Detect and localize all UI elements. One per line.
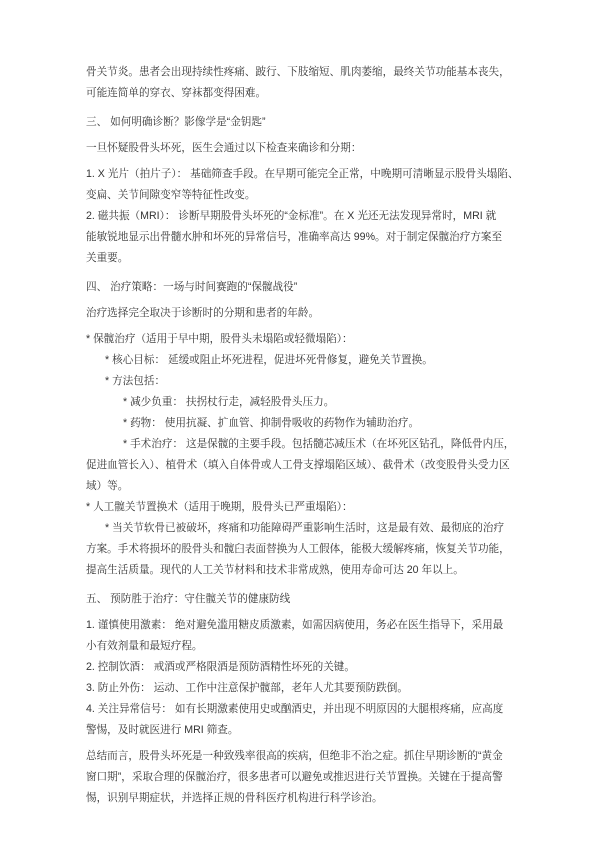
text-line: 2. 磁共振（MRI）： 诊断早期股骨头坏死的“金标准”。在 X 光还无法发现异… bbox=[86, 206, 515, 227]
paragraph: 骨关节炎。患者会出现持续性疼痛、跛行、下肢缩短、肌肉萎缩，最终关节功能基本丧失，… bbox=[86, 62, 515, 104]
text-line: 方案。手术将损坏的股骨头和髋臼表面替换为人工假体，能极大缓解疼痛，恢复关节功能， bbox=[86, 539, 515, 560]
paragraph: * 保髋治疗（适用于早中期，股骨头未塌陷或轻微塌陷）：* 核心目标： 延缓或阻止… bbox=[86, 329, 515, 581]
section-heading: 四、 治疗策略：一场与时间赛跑的“保髋战役” bbox=[86, 277, 515, 298]
text-line: 提高生活质量。现代的人工关节材料和技术非常成熟，使用寿命可达 20 年以上。 bbox=[86, 560, 515, 581]
text-line: 治疗选择完全取决于诊断时的分期和患者的年龄。 bbox=[86, 303, 515, 324]
text-line: * 方法包括： bbox=[86, 371, 515, 392]
text-line: * 药物： 使用抗凝、扩血管、抑制骨吸收的药物作为辅助治疗。 bbox=[86, 413, 515, 434]
text-line: 变扁、关节间隙变窄等特征性改变。 bbox=[86, 185, 515, 206]
text-line: 骨关节炎。患者会出现持续性疼痛、跛行、下肢缩短、肌肉萎缩，最终关节功能基本丧失， bbox=[86, 62, 515, 83]
text-line: 关重要。 bbox=[86, 248, 515, 269]
text-line: 惕，识别早期症状，并选择正规的骨科医疗机构进行科学诊治。 bbox=[86, 788, 515, 809]
text-line: * 手术治疗： 这是保髋的主要手段。包括髓芯减压术（在坏死区钻孔，降低骨内压， bbox=[86, 434, 515, 455]
text-line: * 核心目标： 延缓或阻止坏死进程，促进坏死骨修复，避免关节置换。 bbox=[86, 350, 515, 371]
text-line: 小有效剂量和最短疗程。 bbox=[86, 636, 515, 657]
text-line: 窗口期”，采取合理的保髋治疗，很多患者可以避免或推迟进行关节置换。关键在于提高警 bbox=[86, 767, 515, 788]
text-line: 1. X 光片（拍片子）： 基础筛查手段。在早期可能完全正常，中晚期可清晰显示股… bbox=[86, 164, 515, 185]
document-content: 骨关节炎。患者会出现持续性疼痛、跛行、下肢缩短、肌肉萎缩，最终关节功能基本丧失，… bbox=[0, 0, 595, 809]
text-line: 能敏锐地显示出骨髓水肿和坏死的异常信号，准确率高达 99%。对于制定保髋治疗方案… bbox=[86, 227, 515, 248]
text-line: 警惕，及时就医进行 MRI 筛查。 bbox=[86, 720, 515, 741]
text-line: 3. 防止外伤： 运动、工作中注意保护髋部，老年人尤其要预防跌倒。 bbox=[86, 678, 515, 699]
paragraph: 1. 谨慎使用激素： 绝对避免滥用糖皮质激素，如需因病使用，务必在医生指导下，采… bbox=[86, 615, 515, 741]
paragraph: 总结而言，股骨头坏死是一种致残率很高的疾病，但绝非不治之症。抓住早期诊断的“黄金… bbox=[86, 746, 515, 809]
section-heading: 三、 如何明确诊断？影像学是“金钥匙” bbox=[86, 112, 515, 133]
heading-line: 三、 如何明确诊断？影像学是“金钥匙” bbox=[86, 112, 515, 133]
paragraph: 一旦怀疑股骨头坏死，医生会通过以下检查来确诊和分期： bbox=[86, 138, 515, 159]
document-page: 骨关节炎。患者会出现持续性疼痛、跛行、下肢缩短、肌肉萎缩，最终关节功能基本丧失，… bbox=[0, 0, 595, 841]
text-line: 促进血管长入）、植骨术（填入自体骨或人工骨支撑塌陷区域）、截骨术（改变股骨头受力… bbox=[86, 455, 515, 476]
text-line: * 减少负重： 扶拐杖行走，减轻股骨头压力。 bbox=[86, 392, 515, 413]
text-line: 域）等。 bbox=[86, 476, 515, 497]
text-line: 2. 控制饮酒： 戒酒或严格限酒是预防酒精性坏死的关键。 bbox=[86, 657, 515, 678]
text-line: * 人工髋关节置换术（适用于晚期，股骨头已严重塌陷）： bbox=[86, 497, 515, 518]
text-line: 1. 谨慎使用激素： 绝对避免滥用糖皮质激素，如需因病使用，务必在医生指导下，采… bbox=[86, 615, 515, 636]
paragraph: 1. X 光片（拍片子）： 基础筛查手段。在早期可能完全正常，中晚期可清晰显示股… bbox=[86, 164, 515, 269]
text-line: * 当关节软骨已被破坏，疼痛和功能障碍严重影响生活时，这是最有效、最彻底的治疗 bbox=[86, 518, 515, 539]
text-line: 可能连简单的穿衣、穿袜都变得困难。 bbox=[86, 83, 515, 104]
heading-line: 五、 预防胜于治疗：守住髋关节的健康防线 bbox=[86, 589, 515, 610]
text-line: * 保髋治疗（适用于早中期，股骨头未塌陷或轻微塌陷）： bbox=[86, 329, 515, 350]
text-line: 4. 关注异常信号： 如有长期激素使用史或酗酒史，并出现不明原因的大腿根疼痛，应… bbox=[86, 699, 515, 720]
paragraph: 治疗选择完全取决于诊断时的分期和患者的年龄。 bbox=[86, 303, 515, 324]
section-heading: 五、 预防胜于治疗：守住髋关节的健康防线 bbox=[86, 589, 515, 610]
heading-line: 四、 治疗策略：一场与时间赛跑的“保髋战役” bbox=[86, 277, 515, 298]
text-line: 总结而言，股骨头坏死是一种致残率很高的疾病，但绝非不治之症。抓住早期诊断的“黄金 bbox=[86, 746, 515, 767]
text-line: 一旦怀疑股骨头坏死，医生会通过以下检查来确诊和分期： bbox=[86, 138, 515, 159]
